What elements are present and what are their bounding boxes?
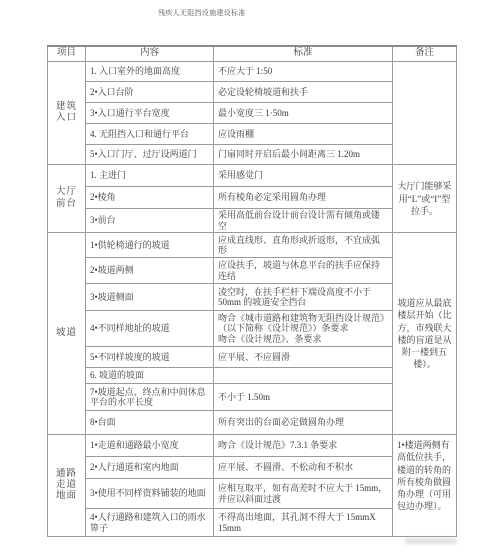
table-row: 坡道 1•供轮椅通行的坡道 应成直线形、直角形或折返形，不宜成弧形 坡道应从最底… [48, 233, 457, 258]
content-cell: 3•坡道侧面 [86, 284, 214, 311]
category-cell: 通路 走道 地面 [48, 435, 86, 537]
standard-cell: 不得高出地面，其孔洞不得大于 15mmX 15mm [214, 509, 393, 537]
standard-cell: 应平展、不应圆滑 [214, 347, 393, 368]
content-cell: 2•人行通道和室内地面 [86, 457, 214, 479]
content-cell: 2•棱角 [86, 187, 214, 209]
content-cell: 7•坡道起点、终点和中间休息平台的水平长度 [86, 384, 214, 411]
content-cell: 4•人行通路和建筑入口的雨水箅子 [86, 509, 214, 537]
content-cell: 4•不同样地址的坡道 [86, 311, 214, 347]
table-row: 大厅 前台 1. 主进门 采用感觉门 大厅门能够采用“L”或“I”型拉手。 [48, 165, 457, 187]
category-cell: 建筑 入口 [48, 62, 86, 165]
faded-next-page-text [405, 538, 457, 544]
standard-cell: 应相互取平，如有高差时不应大于 15mm，并应以斜面过渡 [214, 479, 393, 509]
standard-cell: 必定设轮椅坡道和扶手 [214, 82, 393, 103]
table-row: 通路 走道 地面 1•走道和通路最小宽度 吻合《设计规范》7.3.1 条要求 1… [48, 435, 457, 457]
content-cell: 1•供轮椅通行的坡道 [86, 233, 214, 258]
column-header-remark: 备注 [393, 46, 457, 62]
category-cell: 坡道 [48, 233, 86, 435]
standard-cell: 应平展、不圆滑、不松动和不积水 [214, 457, 393, 479]
content-cell: 1. 入口室外的地面高度 [86, 62, 214, 82]
standard-cell: 凌空时，在扶手栏杆下端设高度不小于 50mm 的坡道安全挡台 [214, 284, 393, 311]
standard-cell: 应设扶手，坡道与休息平台的扶手应保持连结 [214, 258, 393, 284]
standard-cell: 不应大于 1:50 [214, 62, 393, 82]
standard-cell: 不小于 1.50m [214, 384, 393, 411]
standard-cell: 门扇同时开启后最小间距离三 1.20m [214, 145, 393, 165]
standard-cell [214, 368, 393, 384]
content-cell: 5•入口门厅、过厅设两道门 [86, 145, 214, 165]
table-row: 建筑 入口 1. 入口室外的地面高度 不应大于 1:50 [48, 62, 457, 82]
content-cell: 3•前台 [86, 209, 214, 233]
category-cell: 大厅 前台 [48, 165, 86, 233]
content-cell: 8•台面 [86, 411, 214, 435]
remark-cell: 坡道应从最底楼层开始（比方，市残联大楼的盲道是从附一楼到五楼）。 [393, 233, 457, 435]
content-cell: 1. 主进门 [86, 165, 214, 187]
standard-cell: 应成直线形、直角形或折返形，不宜成弧形 [214, 233, 393, 258]
content-cell: 6. 坡道的坡面 [86, 368, 214, 384]
standard-cell: 最小宽度三 1·50m [214, 103, 393, 124]
remark-cell [393, 62, 457, 165]
content-cell: 2•坡道两侧 [86, 258, 214, 284]
standard-cell: 采用感觉门 [214, 165, 393, 187]
standard-cell: 所有棱角必定采用圆角办理 [214, 187, 393, 209]
content-cell: 2•入口台阶 [86, 82, 214, 103]
remark-cell: 大厅门能够采用“L”或“I”型拉手。 [393, 165, 457, 233]
header-row: 项目 内容 标准 备注 [48, 46, 457, 62]
standard-cell: 所有突出的台面必定做圆角办理 [214, 411, 393, 435]
content-cell: 3•使用不同样资料铺装的地面 [86, 479, 214, 509]
column-header-content: 内容 [86, 46, 214, 62]
remark-cell: 1•楼道两侧有高低位扶手，楼道的转角的所有棱角做圆角办理（可用包边办理）。 [393, 435, 457, 537]
column-header-item: 项目 [48, 46, 86, 62]
content-cell: 1•走道和通路最小宽度 [86, 435, 214, 457]
standard-cell: 采用高低前台设计前台设计需有倾角或镂空 [214, 209, 393, 233]
standards-table: 项目 内容 标准 备注 建筑 入口 1. 入口室外的地面高度 不应大于 1:50… [47, 45, 457, 537]
content-cell: 4. 无阻挡入口和通行平台 [86, 124, 214, 145]
standard-cell: 应设雨棚 [214, 124, 393, 145]
document-title: 残疾人无阻挡设施建设标准 [158, 8, 246, 18]
content-cell: 5•不同样坡度的坡道 [86, 347, 214, 368]
standard-cell: 吻合《城市道路和建筑物无阻挡设计规范》（以下简称《设计规范》）条要求 吻合《设计… [214, 311, 393, 347]
standard-cell: 吻合《设计规范》7.3.1 条要求 [214, 435, 393, 457]
column-header-standard: 标准 [214, 46, 393, 62]
content-cell: 3•入口通行平台宽度 [86, 103, 214, 124]
